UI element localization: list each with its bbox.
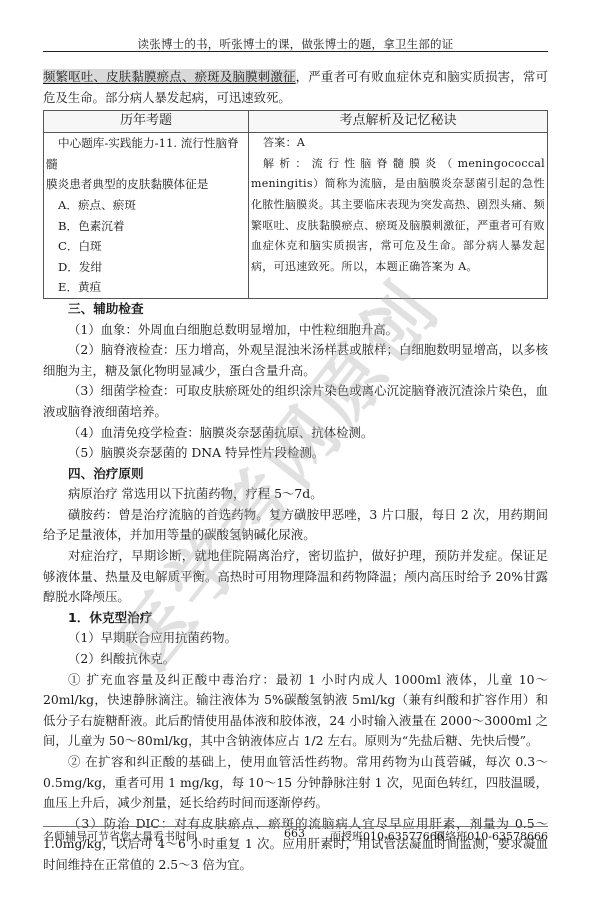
shock-item-4: ② 在扩容和纠正酸的基础上，使用血管活性药物。常用药物为山莨菪碱，每次 0.3～… (43, 752, 548, 814)
page-number: 663 (284, 826, 305, 842)
shock-item-1: （1）早期联合应用抗菌药物。 (43, 628, 548, 649)
option-b: B．色素沉着 (46, 216, 246, 237)
table-header-analysis: 考点解析及记忆秘诀 (249, 111, 548, 133)
page-header-slogan: 读张博士的书，听张博士的课，做张博士的题，拿卫生部的证 (43, 36, 548, 52)
shock-item-2: （2）纠酸抗休克。 (43, 649, 548, 670)
treatment-paragraph-1: 病原治疗 常选用以下抗菌药物，疗程 5～7d。 (43, 484, 548, 505)
table-header-past-questions: 历年考题 (44, 111, 249, 133)
section-title-auxiliary-exam: 三、辅助检查 (43, 299, 548, 320)
intro-paragraph: 频繁呕吐、皮肤黏膜瘀点、瘀斑及脑膜刺激征，严重者可有败血症休克和脑实质损害，常可… (43, 67, 548, 108)
option-d: D．发绀 (46, 257, 246, 278)
header-divider (43, 51, 548, 52)
page-content: 频繁呕吐、皮肤黏膜瘀点、瘀斑及脑膜刺激征，严重者可有败血症休克和脑实质损害，常可… (43, 67, 548, 876)
exam-item-4: （4）血清免疫学检查：脑膜炎奈瑟菌抗原、抗体检测。 (43, 423, 548, 444)
subsection-title-shock: 1．休克型治疗 (43, 608, 548, 629)
explanation-text: 解析：流行性脑脊髓膜炎（meningococcal meningitis）简称为… (251, 154, 545, 278)
question-stem-line1: 中心题库-实践能力-11. 流行性脑脊髓 (46, 133, 246, 174)
option-e: E．黄疸 (46, 277, 246, 298)
footer-tagline: 名师辅导可节省您大量看书时间 (43, 829, 197, 845)
question-stem-line2: 膜炎患者典型的皮肤黏膜体征是 (46, 174, 246, 195)
shock-item-3: ① 扩充血容量及纠正酸中毒治疗：最初 1 小时内成人 1000ml 液体，儿童 … (43, 670, 548, 752)
exam-question-table: 历年考题 考点解析及记忆秘诀 中心题库-实践能力-11. 流行性脑脊髓 膜炎患者… (43, 110, 548, 299)
highlighted-text: 频繁呕吐、皮肤黏膜瘀点、瘀斑及脑膜刺激征 (43, 69, 296, 84)
treatment-paragraph-2: 磺胺药：曾是治疗流脑的首选药物。复方磺胺甲恶唑，3 片口服，每日 2 次，用药期… (43, 505, 548, 546)
footer-online-phone: 网络班010-63578666 (434, 829, 548, 845)
exam-item-3: （3）细菌学检查：可取皮肤瘀斑处的组织涂片染色或离心沉淀脑脊液沉渣涂片染色，血液… (43, 381, 548, 422)
footer-onsite-phone: 面授班010-63577666 (330, 829, 444, 845)
treatment-paragraph-3: 对症治疗，早期诊断，就地住院隔离治疗，密切监护，做好护理，预防并发症。保证足够液… (43, 546, 548, 608)
exam-item-1: （1）血象：外周血白细胞总数明显增加，中性粒细胞升高。 (43, 320, 548, 341)
exam-item-5: （5）脑膜炎奈瑟菌的 DNA 特异性片段检测。 (43, 443, 548, 464)
exam-item-2: （2）脑脊液检查：压力增高，外观呈混浊米汤样甚或脓样；白细胞数明显增高，以多核细… (43, 340, 548, 381)
page-footer: 名师辅导可节省您大量看书时间 663 面授班010-63577666 网络班01… (43, 829, 548, 845)
section-title-treatment: 四、治疗原则 (43, 464, 548, 485)
answer-text: 答案：A (251, 133, 545, 154)
analysis-cell: 答案：A 解析：流行性脑脊髓膜炎（meningococcal meningiti… (249, 133, 548, 299)
option-a: A．瘀点、瘀斑 (46, 195, 246, 216)
option-c: C．白斑 (46, 236, 246, 257)
question-cell: 中心题库-实践能力-11. 流行性脑脊髓 膜炎患者典型的皮肤黏膜体征是 A．瘀点… (44, 133, 249, 299)
